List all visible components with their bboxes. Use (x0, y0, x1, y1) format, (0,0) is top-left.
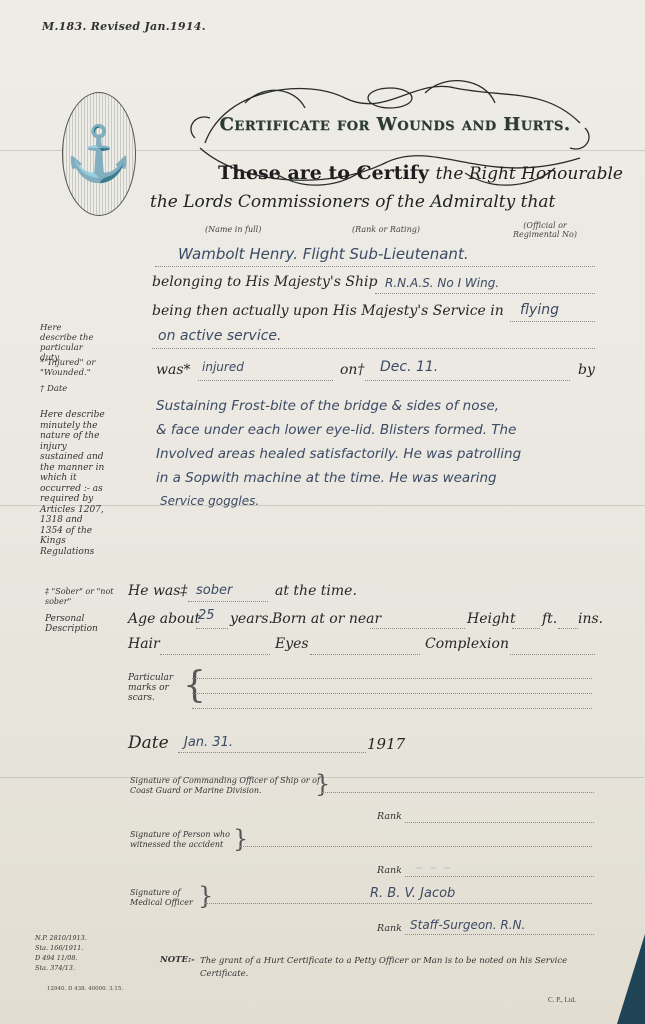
was-value[interactable]: injured (202, 360, 244, 374)
certify-rest: the Right Honourable (436, 164, 623, 184)
eyes-label: Eyes (275, 636, 309, 652)
date-year: 1917 (367, 735, 405, 753)
injury-line-3[interactable]: Involved areas healed satisfactorily. He… (156, 446, 521, 462)
service-line-2 (152, 348, 595, 349)
on-label: on† (340, 362, 364, 378)
ship-line (375, 293, 595, 294)
anchor-emblem: ⚓ (62, 92, 136, 216)
marks-line-2 (192, 693, 592, 694)
age-value[interactable]: 25 (198, 608, 215, 623)
medical-rank-label: Rank (377, 924, 402, 934)
note-text: The grant of a Hurt Certificate to a Pet… (200, 955, 570, 981)
ship-label: belonging to His Majesty's Ship (152, 274, 377, 290)
on-value[interactable]: Dec. 11. (380, 359, 438, 375)
marks-line-1 (192, 678, 592, 679)
hair-line (160, 654, 270, 655)
was-label: was* (156, 362, 191, 378)
medical-officer-label: Signature of Medical Officer (130, 888, 205, 908)
print-code: 12940. D 438. 40000. 3.15. (47, 986, 123, 992)
injury-line-5[interactable]: Service goggles. (160, 494, 259, 508)
torn-corner (617, 934, 645, 1024)
note-label: NOTE:- (160, 955, 195, 965)
on-line (365, 380, 570, 381)
lords-line: the Lords Commissioners of the Admiralty… (150, 192, 555, 212)
certify-bold: These are to Certify (218, 162, 429, 184)
witness-rank-smudge: ~ ~ ~ (415, 864, 453, 874)
hair-label: Hair (128, 636, 160, 652)
age-label: Age about (128, 611, 200, 627)
height-ft-line (512, 628, 540, 629)
footer-refs: N.P. 2810/1913. Sta. 166/1911. D 494 11/… (35, 933, 87, 973)
sober-value[interactable]: sober (196, 583, 232, 598)
name-value[interactable]: Wambolt Henry. Flight Sub-Lieutenant. (178, 245, 469, 263)
age-line (196, 628, 228, 629)
sober-line (188, 601, 268, 602)
margin-note-injured: *"Injured" or "Wounded." (40, 358, 100, 378)
footer-ref: Sta. 374/13. (35, 963, 87, 973)
medical-signature-line[interactable] (205, 903, 592, 904)
commanding-signature-line[interactable] (322, 792, 594, 793)
marks-label: Particular marks or scars. (128, 673, 183, 703)
anchor-icon: ⚓ (65, 127, 132, 181)
label-rank-or-rating: (Rank or Rating) (352, 225, 420, 234)
commanding-officer-label: Signature of Commanding Officer of Ship … (130, 776, 320, 796)
ins-label: ins. (578, 611, 603, 627)
service-value-1[interactable]: flying (520, 302, 559, 318)
injury-line-4[interactable]: in a Sopwith machine at the time. He was… (156, 470, 497, 486)
eyes-line (310, 654, 420, 655)
medical-signature-value[interactable]: R. B. V. Jacob (370, 886, 455, 901)
complexion-line (510, 654, 595, 655)
service-value-2[interactable]: on active service. (158, 328, 282, 344)
date-line (178, 752, 366, 753)
witness-label: Signature of Person who witnessed the ac… (130, 830, 240, 850)
witness-rank-line[interactable] (405, 876, 594, 877)
date-label: Date (128, 733, 169, 753)
label-official-number: (Official or Regimental No) (500, 221, 590, 239)
born-line (370, 628, 465, 629)
service-label: being then actually upon His Majesty's S… (152, 303, 504, 319)
height-ins-line (558, 628, 578, 629)
was-line (198, 380, 333, 381)
margin-note-date: † Date (40, 384, 100, 394)
born-label: Born at or near (272, 611, 381, 627)
height-label: Height (467, 611, 516, 627)
name-line (155, 266, 595, 267)
certificate-title: Certificate for Wounds and Hurts. (195, 114, 595, 135)
complexion-label: Complexion (425, 636, 509, 652)
commanding-rank-line[interactable] (405, 822, 594, 823)
commanding-rank-label: Rank (377, 812, 402, 822)
medical-brace: } (198, 884, 213, 908)
sober-suffix: at the time. (275, 583, 357, 599)
injury-line-1[interactable]: Sustaining Frost-bite of the bridge & si… (156, 398, 499, 414)
injury-line-2[interactable]: & face under each lower eye-lid. Blister… (156, 422, 516, 438)
service-line-1 (510, 321, 595, 322)
footer-ref: N.P. 2810/1913. (35, 933, 87, 943)
witness-signature-line[interactable] (240, 846, 592, 847)
margin-note-duty: Here describe the particular duty (40, 323, 100, 363)
form-number: M.183. Revised Jan.1914. (42, 20, 206, 33)
footer-ref: Sta. 166/1911. (35, 943, 87, 953)
by-label: by (578, 362, 595, 378)
margin-note-sober: ‡ "Sober" or "not sober" (45, 587, 115, 607)
sober-label: He was‡ (128, 583, 187, 599)
certify-heading: These are to Certify the Right Honourabl… (218, 162, 623, 184)
marks-brace: { (183, 668, 206, 704)
certificate-page: M.183. Revised Jan.1914. ⚓ Certificate f… (0, 0, 645, 1024)
medical-rank-value[interactable]: Staff-Surgeon. R.N. (410, 918, 525, 932)
years-label: years. (230, 611, 273, 627)
printer-mark: C. P., Ltd. (548, 996, 576, 1004)
footer-ref: D 494 11/08. (35, 953, 87, 963)
marks-line-3 (192, 708, 592, 709)
ft-label: ft. (542, 611, 557, 627)
medical-rank-line[interactable] (405, 934, 594, 935)
witness-rank-label: Rank (377, 866, 402, 876)
witness-brace: } (233, 827, 248, 851)
ship-value[interactable]: R.N.A.S. No I Wing. (385, 276, 499, 290)
date-value[interactable]: Jan. 31. (184, 735, 233, 750)
margin-note-nature: Here describe minutely the nature of the… (40, 410, 108, 557)
margin-note-personal: Personal Description (45, 614, 105, 634)
label-name-in-full: (Name in full) (205, 225, 261, 234)
